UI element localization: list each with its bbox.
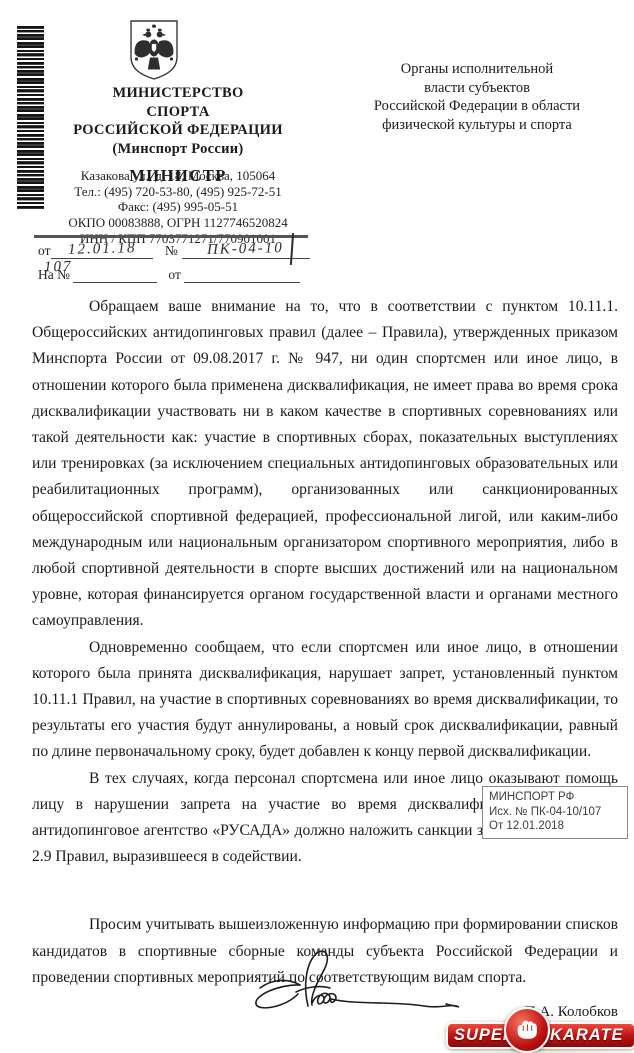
- incoming-stamp: МИНСПОРТ РФ Исх. № ПК-04-10/107 От 12.01…: [482, 786, 628, 839]
- address-line: Тел.: (495) 720-53-80, (495) 925-72-51: [22, 184, 334, 200]
- reply-ot-label: от: [168, 267, 180, 282]
- ministry-line: (Минспорт России): [22, 140, 334, 159]
- handwritten-date: 12.01.18: [68, 240, 137, 259]
- paragraph: Обращаем ваше внимание на то, что в соот…: [32, 294, 618, 635]
- letter-body: Обращаем ваше внимание на то, что в соот…: [32, 294, 618, 991]
- ministry-name: МИНИСТЕРСТВО СПОРТА РОССИЙСКОЙ ФЕДЕРАЦИИ…: [22, 84, 334, 158]
- recipient-block: Органы исполнительной власти субъектов Р…: [330, 60, 624, 134]
- coat-of-arms-icon: [126, 19, 182, 81]
- stamp-line: От 12.01.2018: [489, 819, 621, 834]
- watermark-word-karate: KARATE: [550, 1026, 624, 1045]
- recipient-line: Российской Федерации в области: [330, 97, 624, 116]
- recipient-line: Органы исполнительной: [330, 60, 624, 79]
- reply-na-label: На №: [38, 267, 70, 282]
- letterhead-divider: [34, 235, 308, 238]
- address-line: Казакова ул., д. 18, Москва, 105064: [22, 168, 334, 184]
- stamp-line: Исх. № ПК-04-10/107: [489, 805, 621, 820]
- ministry-line: МИНИСТЕРСТВО: [22, 84, 334, 103]
- ministry-line: СПОРТА: [22, 103, 334, 122]
- address-line: ОКПО 00083888, ОГРН 1127746520824: [22, 215, 334, 231]
- superkarate-watermark: SUPER KARATE: [438, 1008, 634, 1053]
- fist-icon: [504, 1007, 550, 1053]
- address-line: Факс: (495) 995-05-51: [22, 199, 334, 215]
- from-label: от: [38, 243, 50, 258]
- number-label: №: [165, 243, 178, 258]
- stamp-line: МИНСПОРТ РФ: [489, 790, 621, 805]
- reply-reference-row: На № от: [38, 267, 338, 283]
- recipient-line: власти субъектов: [330, 79, 624, 98]
- paragraph: Одновременно сообщаем, что если спортсме…: [32, 635, 618, 766]
- signature-icon: [246, 948, 471, 1010]
- scanned-letter-page: МИНИСТЕРСТВО СПОРТА РОССИЙСКОЙ ФЕДЕРАЦИИ…: [0, 0, 634, 1053]
- recipient-line: физической культуры и спорта: [330, 116, 624, 135]
- ministry-line: РОССИЙСКОЙ ФЕДЕРАЦИИ: [22, 121, 334, 140]
- handwritten-number: ПК-04-10: [207, 240, 284, 259]
